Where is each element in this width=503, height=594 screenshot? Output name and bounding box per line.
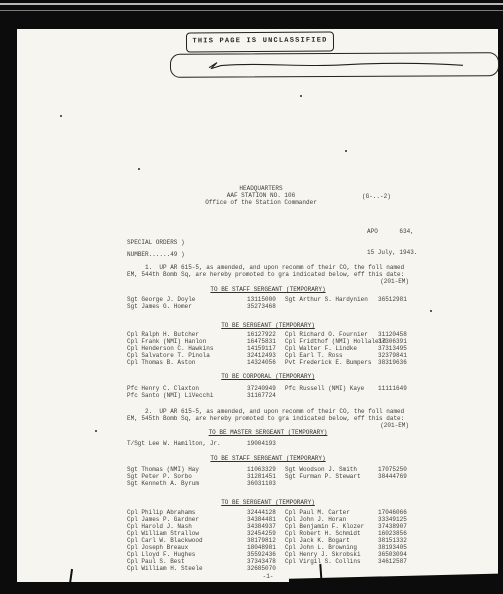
paragraph-2: 2. UP AR 615-5, as amended, and upon rec… <box>127 408 409 429</box>
promotion-name-left: Cpl Henderson C. Hawkins <box>127 345 247 352</box>
paragraph-2-line2: EM, 545th Bomb Sq, are hereby promoted t… <box>127 415 409 422</box>
section-heading: TO BE STAFF SERGEANT (TEMPORARY) <box>127 286 409 293</box>
promotion-name-left: Cpl Paul S. Best <box>127 558 247 565</box>
stamp-scribble-mark <box>171 53 498 77</box>
promotion-name-left: T/Sgt Lee W. Hamilton, Jr. <box>127 440 247 447</box>
promotion-name-right: Cpl Virgil S. Collins <box>285 558 378 565</box>
promotion-serial-right <box>378 392 409 399</box>
promotion-serial-left: 31281451 <box>247 473 285 480</box>
unclassified-stamp-text: THIS PAGE IS UNCLASSIFIED <box>192 37 327 46</box>
order-body: SPECIAL ORDERS ) NUMBER......49 ) 1. UP … <box>127 239 409 580</box>
promotion-name-left: Sgt Peter P. Sorbo <box>127 473 247 480</box>
promotion-serial-left: 18048981 <box>247 544 285 551</box>
promotion-row: Cpl James P. Gardner34384481Cpl John J. … <box>127 516 409 523</box>
promotion-serial-right <box>378 565 409 572</box>
promotion-name-right: Cpl Fridthof (NMI) Hollaleid <box>285 338 378 345</box>
promotion-row: Cpl Henderson C. Hawkins14159117Cpl Walt… <box>127 345 409 352</box>
promotion-row: Cpl Frank (NMI) Hanlon16475831Cpl Fridth… <box>127 338 409 345</box>
promotion-name-left: Cpl James P. Gardner <box>127 516 247 523</box>
promotion-section: TO BE STAFF SERGEANT (TEMPORARY)Sgt Geor… <box>127 286 409 310</box>
promotion-name-right <box>285 303 378 310</box>
promotion-name-left: Cpl William H. Steele <box>127 565 247 572</box>
promotion-name-left: Cpl Ralph H. Butcher <box>127 331 247 338</box>
promotion-row: Cpl Ralph H. Butcher16127922Cpl Richard … <box>127 331 409 338</box>
promotion-serial-right <box>378 440 409 447</box>
promotion-section: TO BE CORPORAL (TEMPORARY)Pfc Henry C. C… <box>127 373 409 399</box>
promotion-serial-left: 16127922 <box>247 331 285 338</box>
promotion-name-right: Sgt Arthur S. Hardynien <box>285 296 378 303</box>
promotion-name-left: Sgt Thomas (NMI) Hay <box>127 466 247 473</box>
section-heading: TO BE SERGEANT (TEMPORARY) <box>127 499 409 506</box>
section-heading: TO BE MASTER SERGEANT (TEMPORARY) <box>127 429 409 436</box>
promotion-name-right <box>285 480 378 487</box>
promotion-serial-right: 11111649 <box>378 385 409 392</box>
paragraph-1-ref: (201-EM) <box>127 278 409 285</box>
promotion-serial-left: 36031103 <box>247 480 285 487</box>
promotion-serial-right: 38151332 <box>378 537 409 544</box>
promotion-row: Pfc Henry C. Claxton37240949Pfc Russell … <box>127 385 409 392</box>
promotion-row: T/Sgt Lee W. Hamilton, Jr.19004193 <box>127 440 409 447</box>
promotion-row: Sgt James G. Homer35273468 <box>127 303 409 310</box>
promotion-serial-right: 38444769 <box>378 473 409 480</box>
promotion-serial-left: 34384937 <box>247 523 285 530</box>
special-orders-label: SPECIAL ORDERS ) <box>127 239 409 246</box>
promotion-name-right: Cpl Richard O. Fournier <box>285 331 378 338</box>
promotion-serial-right: 36512981 <box>378 296 409 303</box>
scan-speck <box>430 310 432 312</box>
promotion-serial-right: 34612587 <box>378 558 409 565</box>
promotion-name-right: Cpl Paul M. Carter <box>285 509 378 516</box>
promotion-name-right: Cpl Benjamin F. Klozer <box>285 523 378 530</box>
promotion-serial-right: 38319636 <box>378 359 409 366</box>
promotion-row: Sgt Thomas (NMI) Hay11063329Sgt Woodson … <box>127 466 409 473</box>
promotion-name-left: Cpl Carl W. Blackwood <box>127 537 247 544</box>
promotion-serial-right: 36503094 <box>378 551 409 558</box>
scan-streak <box>0 3 503 5</box>
promotion-section: TO BE STAFF SERGEANT (TEMPORARY)Sgt Thom… <box>127 455 409 487</box>
promotion-serial-left: 32454259 <box>247 530 285 537</box>
promotion-serial-left: 32412493 <box>247 352 285 359</box>
promotion-serial-right: 17075250 <box>378 466 409 473</box>
promotion-name-left: Sgt George J. Doyle <box>127 296 247 303</box>
promotion-serial-left: 35592436 <box>247 551 285 558</box>
promotion-sections-group-2: TO BE MASTER SERGEANT (TEMPORARY)T/Sgt L… <box>127 429 409 572</box>
scan-speck <box>60 115 62 117</box>
section-heading: TO BE CORPORAL (TEMPORARY) <box>127 373 409 380</box>
promotion-row: Cpl Thomas B. Aston14324056Pvt Frederick… <box>127 359 409 366</box>
letterhead: HEADQUARTERS AAF STATION NO. 106 Office … <box>120 185 402 206</box>
promotion-serial-left: 16475831 <box>247 338 285 345</box>
paragraph-2-line1: 2. UP AR 615-5, as amended, and upon rec… <box>127 408 409 415</box>
promotion-section: TO BE MASTER SERGEANT (TEMPORARY)T/Sgt L… <box>127 429 409 447</box>
promotion-serial-right: 32379841 <box>378 352 409 359</box>
scan-bottom-border <box>0 582 503 594</box>
promotion-name-right: Cpl John L. Browning <box>285 544 378 551</box>
promotion-serial-left: 37343478 <box>247 558 285 565</box>
promotion-row: Cpl Lloyd F. Hughes35592436Cpl Henry J. … <box>127 551 409 558</box>
scan-streak <box>0 10 503 11</box>
promotion-name-left: Pfc Santo (NMI) LiVecchi <box>127 392 247 399</box>
promotion-serial-left: 32444128 <box>247 509 285 516</box>
classification-stamp-box <box>170 52 499 78</box>
promotion-serial-left: 14159117 <box>247 345 285 352</box>
promotion-row: Cpl William H. Steele32685070 <box>127 565 409 572</box>
promotion-serial-right: 33349125 <box>378 516 409 523</box>
promotion-name-left: Cpl Philip Abrahams <box>127 509 247 516</box>
promotion-name-left: Sgt Kenneth A. Byrum <box>127 480 247 487</box>
promotion-serial-right: 31120458 <box>378 331 409 338</box>
promotion-name-right <box>285 565 378 572</box>
promotion-name-right <box>285 392 378 399</box>
promotion-name-left: Cpl Lloyd F. Hughes <box>127 551 247 558</box>
promotion-serial-left: 38179812 <box>247 537 285 544</box>
promotion-serial-right: 16023856 <box>378 530 409 537</box>
promotion-row: Cpl Joseph Breaux18048981Cpl John L. Bro… <box>127 544 409 551</box>
promotion-row: Cpl Carl W. Blackwood38179812Cpl Jack K.… <box>127 537 409 544</box>
promotion-serial-right: 37313495 <box>378 345 409 352</box>
scan-speck <box>300 95 302 97</box>
promotion-section: TO BE SERGEANT (TEMPORARY)Cpl Ralph H. B… <box>127 322 409 366</box>
apo-line: APO 634, <box>367 228 417 235</box>
promotion-serial-left: 37240949 <box>247 385 285 392</box>
promotion-name-right: Cpl Robert H. Schmidt <box>285 530 378 537</box>
letterhead-headquarters: HEADQUARTERS <box>120 185 402 192</box>
promotion-name-left: Cpl William Strallow <box>127 530 247 537</box>
promotion-serial-right: 38193405 <box>378 544 409 551</box>
promotion-row: Sgt Peter P. Sorbo31281451Sgt Furman P. … <box>127 473 409 480</box>
promotion-section: TO BE SERGEANT (TEMPORARY)Cpl Philip Abr… <box>127 499 409 572</box>
promotion-name-left: Cpl Thomas B. Aston <box>127 359 247 366</box>
promotion-name-right: Sgt Woodson J. Smith <box>285 466 378 473</box>
promotion-serial-left: 31167724 <box>247 392 285 399</box>
order-number-label: NUMBER......49 ) <box>127 251 409 258</box>
promotion-row: Sgt Kenneth A. Byrum36031103 <box>127 480 409 487</box>
promotion-row: Cpl Salvatore T. Pinola32412493Cpl Earl … <box>127 352 409 359</box>
promotion-serial-left: 13115000 <box>247 296 285 303</box>
promotion-name-left: Cpl Harold J. Nash <box>127 523 247 530</box>
promotion-serial-right: 37438907 <box>378 523 409 530</box>
paragraph-1: 1. UP AR 615-5, as amended, and upon rec… <box>127 264 409 285</box>
promotion-name-right: Cpl Henry J. Skrobski <box>285 551 378 558</box>
promotion-name-right: Cpl Walter F. Lindke <box>285 345 378 352</box>
promotion-serial-left: 35273468 <box>247 303 285 310</box>
promotion-name-right: Sgt Furman P. Stewart <box>285 473 378 480</box>
section-heading: TO BE SERGEANT (TEMPORARY) <box>127 322 409 329</box>
promotion-row: Cpl Harold J. Nash34384937Cpl Benjamin F… <box>127 523 409 530</box>
promotion-name-left: Sgt James G. Homer <box>127 303 247 310</box>
letterhead-office: Office of the Station Commander <box>120 199 402 206</box>
letterhead-station: AAF STATION NO. 106 <box>120 192 402 199</box>
paragraph-1-line1: 1. UP AR 615-5, as amended, and upon rec… <box>127 264 409 271</box>
scan-speck <box>345 150 347 152</box>
scan-speck <box>138 168 140 170</box>
promotion-serial-right: 17046066 <box>378 509 409 516</box>
paragraph-1-line2: EM, 544th Bomb Sq, are hereby promoted t… <box>127 271 409 278</box>
promotion-name-right: Cpl John J. Horan <box>285 516 378 523</box>
promotion-row: Cpl Philip Abrahams32444128Cpl Paul M. C… <box>127 509 409 516</box>
promotion-serial-right <box>378 303 409 310</box>
promotion-row: Pfc Santo (NMI) LiVecchi31167724 <box>127 392 409 399</box>
promotion-serial-right: 37306391 <box>378 338 409 345</box>
promotion-row: Cpl William Strallow32454259Cpl Robert H… <box>127 530 409 537</box>
promotion-name-left: Cpl Frank (NMI) Hanlon <box>127 338 247 345</box>
scan-speck <box>95 430 97 432</box>
promotion-sections-group-1: TO BE STAFF SERGEANT (TEMPORARY)Sgt Geor… <box>127 286 409 399</box>
section-heading: TO BE STAFF SERGEANT (TEMPORARY) <box>127 455 409 462</box>
promotion-name-left: Cpl Salvatore T. Pinola <box>127 352 247 359</box>
file-reference: (G-..-2) <box>362 193 391 200</box>
paragraph-2-ref: (201-EM) <box>127 422 409 429</box>
promotion-serial-right <box>378 480 409 487</box>
promotion-row: Cpl Paul S. Best37343478Cpl Virgil S. Co… <box>127 558 409 565</box>
promotion-serial-left: 11063329 <box>247 466 285 473</box>
promotion-name-right: Pvt Frederick E. Bumpers <box>285 359 378 366</box>
promotion-name-right <box>285 440 378 447</box>
promotion-name-right: Cpl Earl T. Ross <box>285 352 378 359</box>
promotion-serial-left: 19004193 <box>247 440 285 447</box>
promotion-serial-left: 34384481 <box>247 516 285 523</box>
promotion-name-left: Pfc Henry C. Claxton <box>127 385 247 392</box>
promotion-serial-left: 32685070 <box>247 565 285 572</box>
promotion-name-right: Pfc Russell (NMI) Kaye <box>285 385 378 392</box>
promotion-serial-left: 14324056 <box>247 359 285 366</box>
unclassified-stamp: THIS PAGE IS UNCLASSIFIED <box>186 31 334 52</box>
promotion-name-left: Cpl Joseph Breaux <box>127 544 247 551</box>
promotion-name-right: Cpl Jack K. Bogart <box>285 537 378 544</box>
promotion-row: Sgt George J. Doyle13115000Sgt Arthur S.… <box>127 296 409 303</box>
